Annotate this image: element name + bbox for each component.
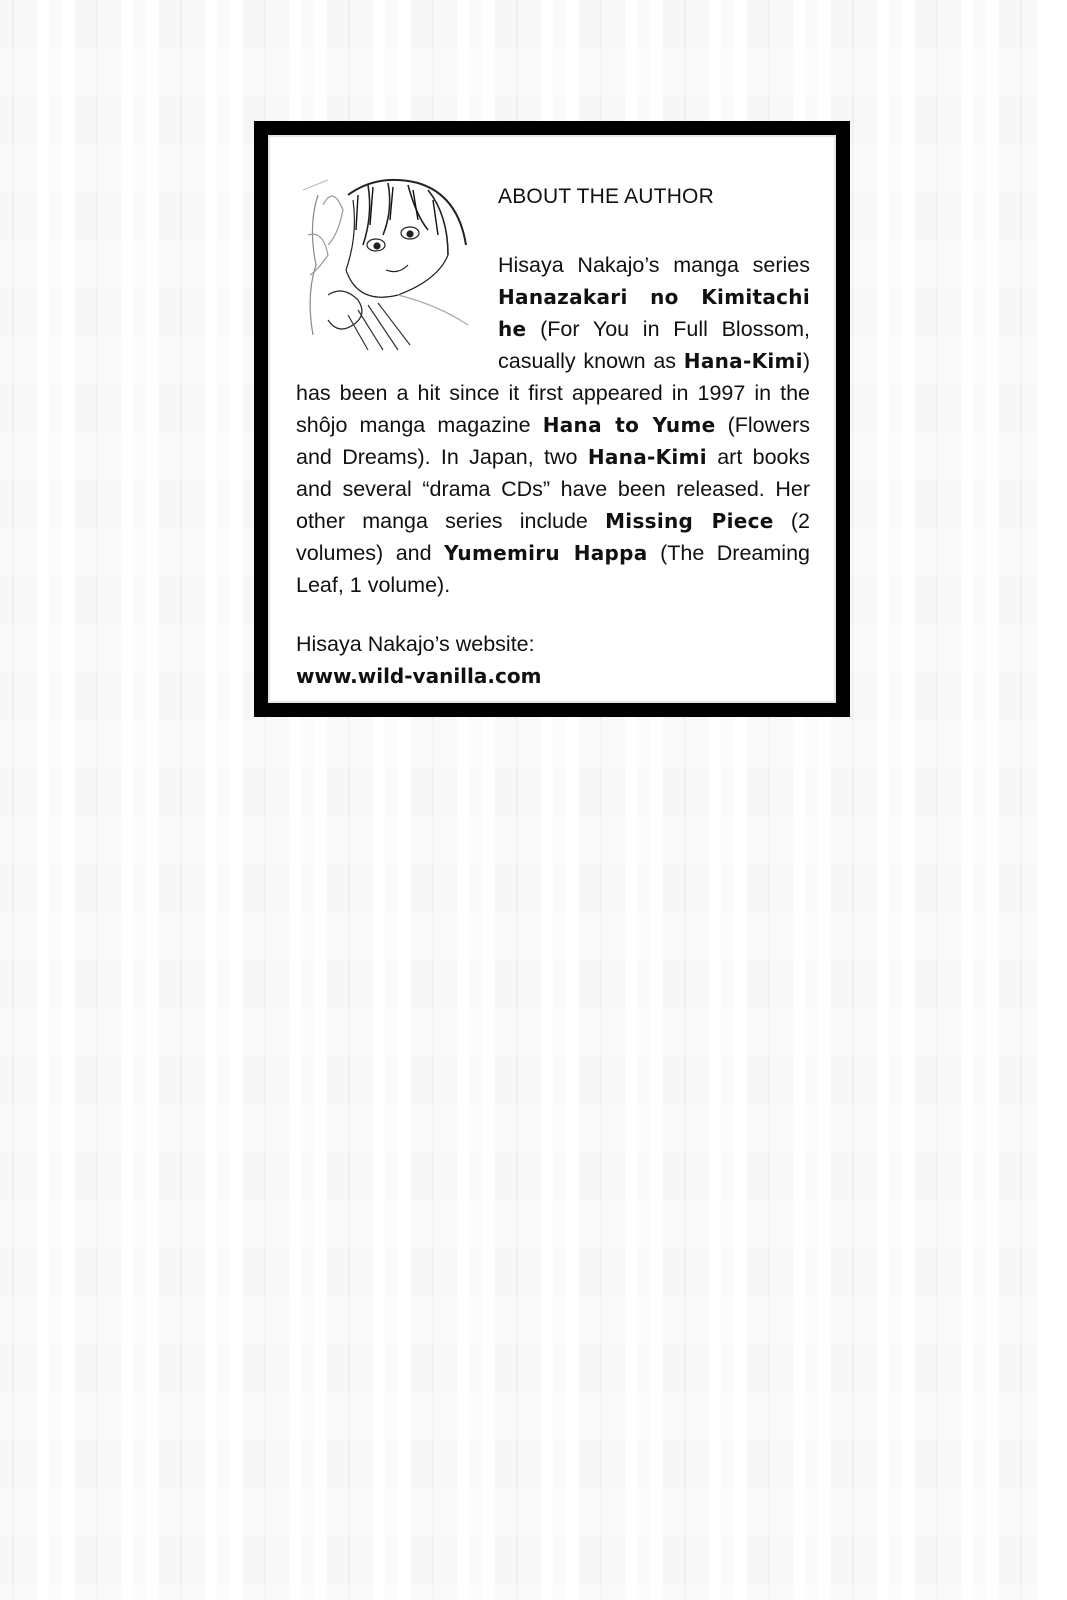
bold-title: Hana to Yume: [543, 413, 716, 437]
about-the-author-box: ABOUT THE AUTHOR Hisaya Nakajo’s manga s…: [254, 121, 850, 717]
bold-title: Hana-Kimi: [588, 445, 707, 469]
bold-title: Yumemiru Happa: [444, 541, 648, 565]
website-link[interactable]: www.wild-vanilla.com: [296, 664, 541, 688]
section-heading: ABOUT THE AUTHOR: [498, 185, 714, 209]
bold-title: Hana-Kimi: [684, 349, 803, 373]
bio-text: Hisaya Nakajo’s manga series: [498, 253, 810, 277]
website-label: Hisaya Nakajo’s website:: [296, 632, 535, 657]
author-biography: Hisaya Nakajo’s manga series Hanazakari …: [296, 249, 810, 601]
bold-title: Missing Piece: [605, 509, 774, 533]
